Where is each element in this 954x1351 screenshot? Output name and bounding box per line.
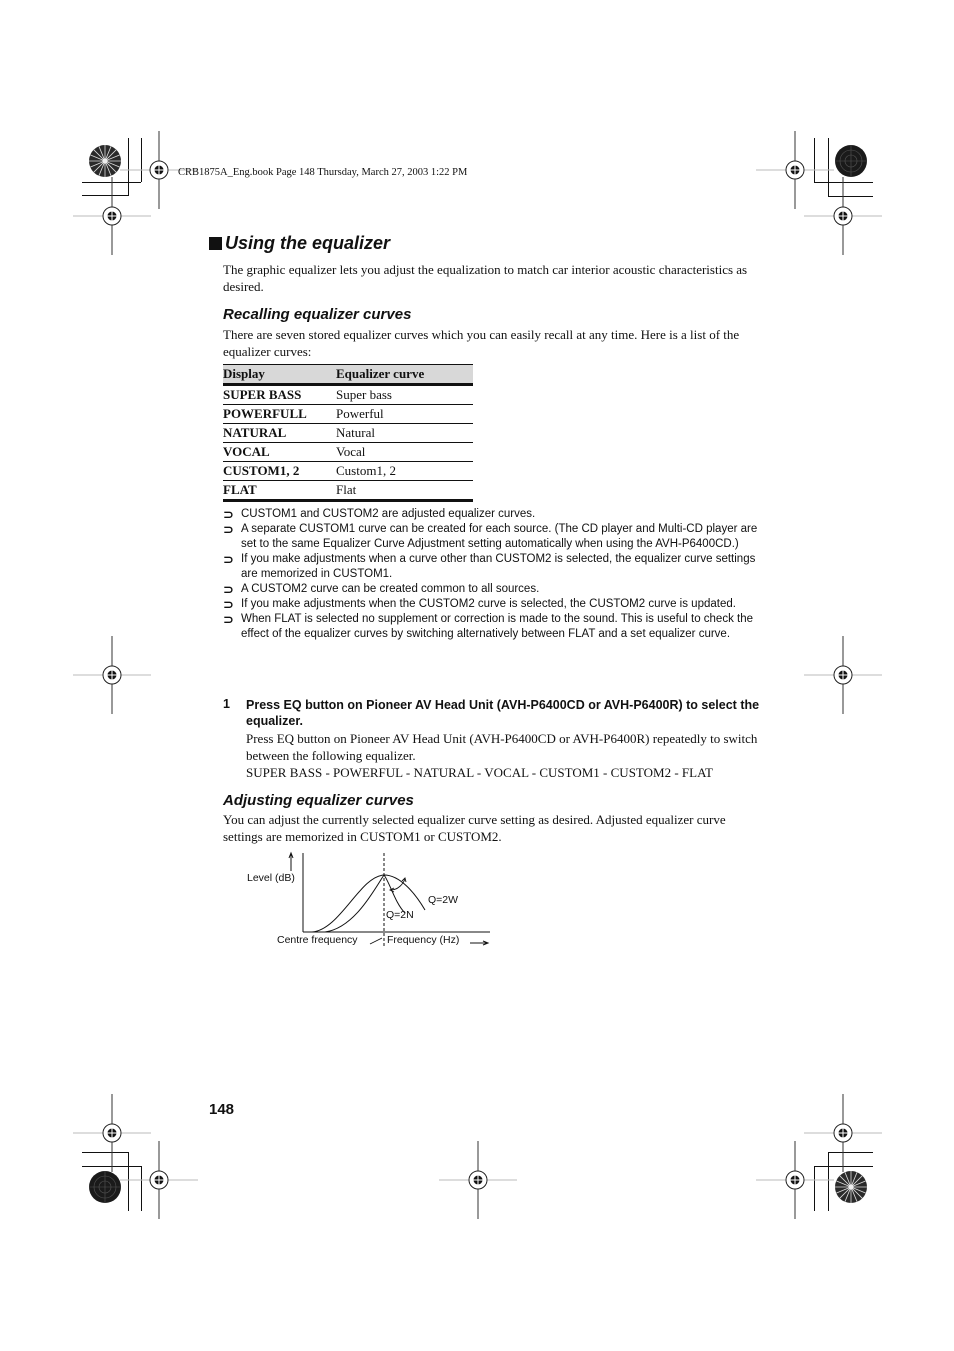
note-text: CUSTOM1 and CUSTOM2 are adjusted equaliz…: [241, 507, 535, 522]
arrow-bullet-icon: ⊃: [223, 582, 241, 597]
table-row: POWERFULLPowerful: [223, 405, 473, 424]
arrow-bullet-icon: ⊃: [223, 612, 241, 642]
note-text: If you make adjustments when the CUSTOM2…: [241, 597, 736, 612]
recalling-intro: There are seven stored equalizer curves …: [223, 326, 768, 360]
curve-cell: Vocal: [336, 443, 473, 462]
equalizer-table: Display Equalizer curve SUPER BASSSuper …: [223, 364, 473, 502]
curve-cell: Custom1, 2: [336, 462, 473, 481]
note-item: ⊃When FLAT is selected no supplement or …: [223, 612, 763, 642]
q-factor-diagram: Level (dB) Q=2W Q=2N Centre frequency Fr…: [240, 848, 500, 953]
step-instruction: Press EQ button on Pioneer AV Head Unit …: [246, 697, 766, 729]
square-bullet-icon: [209, 237, 222, 250]
table-row: NATURALNatural: [223, 424, 473, 443]
display-cell: CUSTOM1, 2: [223, 462, 336, 481]
starburst-target-icon: [834, 1170, 868, 1204]
display-cell: NATURAL: [223, 424, 336, 443]
curve-cell: Super bass: [336, 385, 473, 405]
registration-mark-icon: [119, 1140, 199, 1220]
step-description: Press EQ button on Pioneer AV Head Unit …: [246, 730, 771, 781]
note-item: ⊃If you make adjustments when a curve ot…: [223, 552, 763, 582]
adjusting-heading: Adjusting equalizer curves: [223, 792, 414, 809]
display-cell: POWERFULL: [223, 405, 336, 424]
starburst-target-icon: [88, 144, 122, 178]
section-intro: The graphic equalizer lets you adjust th…: [223, 261, 768, 295]
registration-mark-icon: [72, 176, 152, 256]
equalizer-sequence: SUPER BASS - POWERFUL - NATURAL - VOCAL …: [246, 764, 771, 781]
arrow-bullet-icon: ⊃: [223, 597, 241, 612]
note-text: A separate CUSTOM1 curve can be created …: [241, 522, 763, 552]
recalling-heading: Recalling equalizer curves: [223, 306, 411, 323]
starburst-target-icon: [834, 144, 868, 178]
curve-cell: Powerful: [336, 405, 473, 424]
note-item: ⊃A separate CUSTOM1 curve can be created…: [223, 522, 763, 552]
q-narrow-label: Q=2N: [386, 909, 414, 921]
note-item: ⊃CUSTOM1 and CUSTOM2 are adjusted equali…: [223, 507, 763, 522]
column-header-curve: Equalizer curve: [336, 365, 473, 385]
step-number: 1: [223, 697, 230, 711]
curve-cell: Flat: [336, 481, 473, 501]
x-axis-label: Frequency (Hz): [387, 934, 459, 946]
arrow-bullet-icon: ⊃: [223, 507, 241, 522]
table-row: CUSTOM1, 2Custom1, 2: [223, 462, 473, 481]
display-cell: FLAT: [223, 481, 336, 501]
table-header-row: Display Equalizer curve: [223, 365, 473, 385]
registration-mark-icon: [72, 635, 152, 715]
note-text: A CUSTOM2 curve can be created common to…: [241, 582, 539, 597]
table-row: VOCALVocal: [223, 443, 473, 462]
registration-mark-icon: [803, 635, 883, 715]
arrow-bullet-icon: ⊃: [223, 522, 241, 552]
file-header: CRB1875A_Eng.book Page 148 Thursday, Mar…: [178, 167, 467, 178]
adjusting-intro: You can adjust the currently selected eq…: [223, 811, 768, 845]
note-text: When FLAT is selected no supplement or c…: [241, 612, 763, 642]
display-cell: VOCAL: [223, 443, 336, 462]
y-axis-label: Level (dB): [247, 872, 295, 884]
starburst-target-icon: [88, 1170, 122, 1204]
notes-list: ⊃CUSTOM1 and CUSTOM2 are adjusted equali…: [223, 507, 763, 642]
step-description-text: Press EQ button on Pioneer AV Head Unit …: [246, 730, 771, 764]
registration-mark-icon: [438, 1140, 518, 1220]
note-item: ⊃A CUSTOM2 curve can be created common t…: [223, 582, 763, 597]
centre-frequency-label: Centre frequency: [277, 934, 358, 946]
arrow-bullet-icon: ⊃: [223, 552, 241, 582]
registration-mark-icon: [803, 176, 883, 256]
curve-cell: Natural: [336, 424, 473, 443]
registration-mark-icon: [755, 1140, 835, 1220]
q-wide-label: Q=2W: [428, 894, 458, 906]
section-title-text: Using the equalizer: [225, 233, 390, 253]
note-text: If you make adjustments when a curve oth…: [241, 552, 763, 582]
column-header-display: Display: [223, 365, 336, 385]
table-row: SUPER BASSSuper bass: [223, 385, 473, 405]
note-item: ⊃If you make adjustments when the CUSTOM…: [223, 597, 763, 612]
page-number: 148: [209, 1101, 234, 1118]
table-row: FLATFlat: [223, 481, 473, 501]
display-cell: SUPER BASS: [223, 385, 336, 405]
section-title: Using the equalizer: [209, 233, 390, 254]
